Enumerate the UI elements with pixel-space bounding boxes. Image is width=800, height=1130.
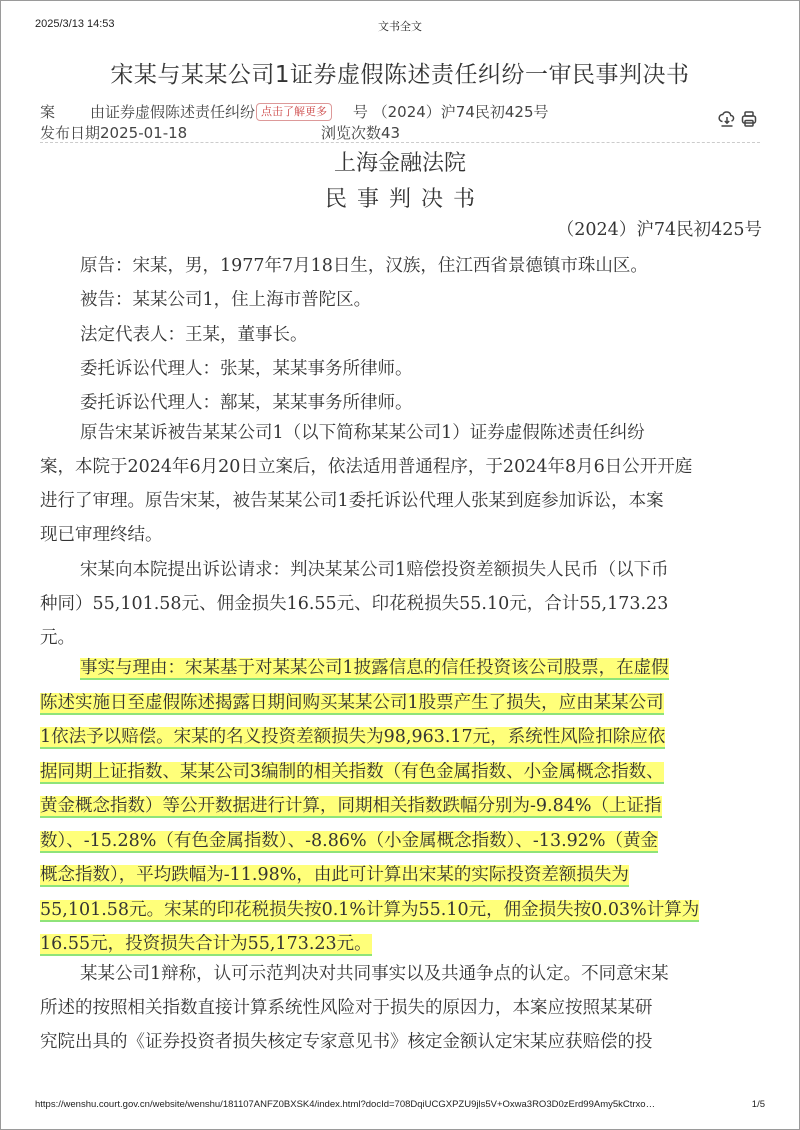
paragraph-line: 宋某向本院提出诉讼请求：判决某某公司1赔偿投资差额损失人民币（以下币 (80, 560, 669, 580)
paragraph-line: 所述的按照相关指数直接计算系统性风险对于损失的原因力，本案应按照某某研 (40, 991, 762, 1025)
case-no-label: 号 (353, 103, 368, 121)
paragraph-line: 进行了审理。原告宋某，被告某某公司1委托诉讼代理人张某到庭参加诉讼，本案 (40, 484, 762, 518)
page-url: https://wenshu.court.gov.cn/website/wens… (35, 1099, 655, 1110)
highlighted-line: 陈述实施日至虚假陈述揭露日期间购买某某公司1股票产生了损失，应由某某公司 (40, 693, 664, 715)
highlighted-line: 55,101.58元。宋某的印花税损失按0.1%计算为55.10元，佣金损失按0… (40, 900, 699, 922)
views-value: 43 (381, 124, 400, 142)
learn-more-button[interactable]: 点击了解更多 (256, 103, 332, 121)
party-agent-1: 委托诉讼代理人：张某，某某事务所律师。 (80, 355, 413, 380)
paragraph-line: 案，本院于2024年6月20日立案后，依法适用普通程序，于2024年8月6日公开… (40, 450, 762, 484)
header-divider (40, 142, 760, 143)
cause-label-suffix: 由 (90, 103, 105, 121)
views-count: 浏览次数43 (321, 122, 400, 143)
document-type: 民事判决书 (0, 182, 800, 213)
cause-label: 案 (40, 101, 90, 122)
highlighted-line: 概念指数），平均跌幅为-11.98%，由此可计算出宋某的实际投资差额损失为 (40, 865, 629, 887)
highlighted-line: 事实与理由：宋某基于对某某公司1披露信息的信任投资该公司股票，在虚假 (80, 658, 669, 680)
paragraph-case-intro: 原告宋某诉被告某某公司1（以下简称某某公司1）证券虚假陈述责任纠纷 案，本院于2… (40, 416, 762, 552)
publish-date-row: 发布日期2025-01-18 (40, 122, 187, 143)
print-icon[interactable] (740, 110, 758, 128)
paragraph-line: 究院出具的《证券投资者损失核定专家意见书》核定金额认定宋某应获赔偿的投 (40, 1025, 762, 1059)
paragraph-claims: 宋某向本院提出诉讼请求：判决某某公司1赔偿投资差额损失人民币（以下币 种同）55… (40, 553, 762, 655)
paragraph-line: 某某公司1辩称，认可示范判决对共同事实以及共通争点的认定。不同意宋某 (80, 964, 669, 984)
views-label: 浏览次数 (321, 124, 381, 142)
party-agent-2: 委托诉讼代理人：鄯某，某某事务所律师。 (80, 389, 413, 414)
party-plaintiff: 原告：宋某，男，1977年7月18日生，汉族，住江西省景德镇市珠山区。 (80, 252, 648, 277)
paragraph-line: 种同）55,101.58元、佣金损失16.55元、印花税损失55.10元，合计5… (40, 587, 762, 621)
highlighted-line: 数）、-15.28%（有色金属指数）、-8.86%（小金属概念指数）、-13.9… (40, 831, 658, 853)
document-tools (718, 110, 758, 128)
paragraph-line: 现已审理终结。 (40, 518, 762, 552)
document-title: 宋某与某某公司1证券虚假陈述责任纠纷一审民事判决书 (0, 56, 800, 89)
page-number: 1/5 (752, 1099, 765, 1110)
paragraph-facts-highlighted: 事实与理由：宋某基于对某某公司1披露信息的信任投资该公司股票，在虚假 陈述实施日… (40, 651, 762, 962)
paragraph-defense: 某某公司1辩称，认可示范判决对共同事实以及共通争点的认定。不同意宋某 所述的按照… (40, 957, 762, 1059)
paragraph-line: 原告宋某诉被告某某公司1（以下简称某某公司1）证券虚假陈述责任纠纷 (80, 423, 645, 443)
case-no-value: （2024）沪74民初425号 (373, 103, 549, 121)
highlighted-line: 1依法予以赔偿。宋某的名义投资差额损失为98,963.17元，系统性风险扣除应依 (40, 727, 665, 749)
paragraph-line: 元。 (40, 621, 762, 655)
cause-row: 案由证券虚假陈述责任纠纷点击了解更多 号 （2024）沪74民初425号 (40, 101, 549, 122)
cause-value: 证券虚假陈述责任纠纷 (105, 103, 255, 121)
highlighted-line: 据同期上证指数、某某公司3编制的相关指数（有色金属指数、小金属概念指数、 (40, 762, 664, 784)
party-legal-rep: 法定代表人：王某，董事长。 (80, 321, 308, 346)
print-page-title: 文书全文 (35, 18, 765, 34)
download-icon[interactable] (718, 110, 736, 128)
highlighted-line: 16.55元，投资损失合计为55,173.23元。 (40, 934, 372, 956)
party-defendant: 被告：某某公司1，住上海市普陀区。 (80, 286, 371, 311)
publish-date-label: 发布日期 (40, 124, 100, 142)
publish-date-value: 2025-01-18 (100, 124, 187, 142)
court-name: 上海金融法院 (0, 146, 800, 177)
case-number: （2024）沪74民初425号 (557, 216, 762, 241)
highlighted-line: 黄金概念指数）等公开数据进行计算，同期相关指数跌幅分别为-9.84%（上证指 (40, 796, 662, 818)
